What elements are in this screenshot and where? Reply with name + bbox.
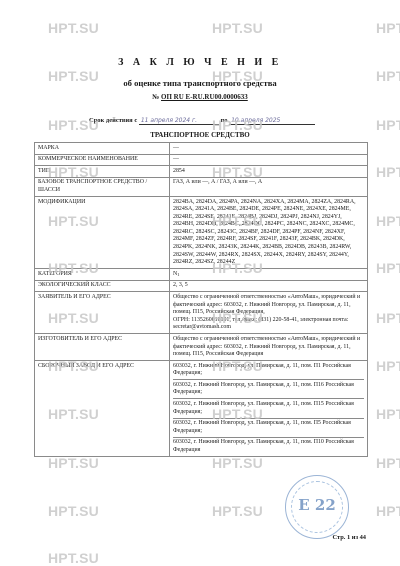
- plant-address: 603032, г. Нижний Новгород, ул. Памирска…: [173, 399, 364, 418]
- validity-label: Срок действия с: [89, 117, 137, 124]
- watermark-text: HPT.SU: [376, 310, 400, 326]
- row-value: 2854: [170, 166, 368, 178]
- watermark-text: HPT.SU: [376, 213, 400, 229]
- row-label: СБОРОЧНЫЙ ЗАВОД И ЕГО АДРЕС: [35, 361, 170, 457]
- plant-address: 603032, г. Нижний Новгород, ул. Памирска…: [173, 380, 364, 399]
- row-value: —: [170, 143, 368, 155]
- row-label: ИЗГОТОВИТЕЛЬ И ЕГО АДРЕС: [35, 334, 170, 361]
- table-row-applicant: ЗАЯВИТЕЛЬ И ЕГО АДРЕС Общество с огранич…: [35, 292, 368, 334]
- table-row-category: КАТЕГОРИЯ N1: [35, 269, 368, 281]
- plant-address: 603032, г. Нижний Новгород, ул. Памирска…: [173, 361, 364, 380]
- row-label: КАТЕГОРИЯ: [35, 269, 170, 281]
- document-title: З А К Л Ю Ч Е Н И Е: [0, 57, 400, 68]
- table-row-manufacturer: ИЗГОТОВИТЕЛЬ И ЕГО АДРЕС Общество с огра…: [35, 334, 368, 361]
- official-stamp: E 22: [285, 475, 349, 539]
- watermark-text: HPT.SU: [48, 550, 99, 566]
- document-subtitle: об оценке типа транспортного средства: [0, 78, 400, 88]
- applicant-contacts: ОГРН: 1135260018101, тел./факс: (831) 22…: [173, 317, 364, 332]
- row-value: 2, 3, 5: [170, 280, 368, 292]
- applicant-address: Общество с ограниченной ответственностью…: [173, 294, 364, 317]
- watermark-text: HPT.SU: [48, 20, 99, 36]
- watermark-text: HPT.SU: [212, 503, 263, 519]
- number-value: ОП RU E-RU.RU00.0000633: [161, 93, 248, 101]
- row-label: БАЗОВОЕ ТРАНСПОРТНОЕ СРЕДСТВО / ШАССИ: [35, 177, 170, 196]
- table-row-eco-class: ЭКОЛОГИЧЕСКИЙ КЛАСС 2, 3, 5: [35, 280, 368, 292]
- row-label: ЭКОЛОГИЧЕСКИЙ КЛАСС: [35, 280, 170, 292]
- watermark-text: HPT.SU: [376, 164, 400, 180]
- category-subscript: 1: [177, 272, 179, 277]
- stamp-text: E 22: [286, 496, 348, 514]
- number-prefix: №: [152, 93, 159, 101]
- watermark-text: HPT.SU: [48, 503, 99, 519]
- watermark-text: HPT.SU: [376, 260, 400, 276]
- row-value: N1: [170, 269, 368, 281]
- document-number: № ОП RU E-RU.RU00.0000633: [0, 93, 400, 101]
- table-row-assembly-plant: СБОРОЧНЫЙ ЗАВОД И ЕГО АДРЕС 603032, г. Н…: [35, 361, 368, 457]
- row-label: ТИП: [35, 166, 170, 178]
- row-value: Общество с ограниченной ответственностью…: [170, 292, 368, 334]
- row-value: ГАЗ, А или —, А / ГАЗ, А или —, А: [170, 177, 368, 196]
- row-label: ЗАЯВИТЕЛЬ И ЕГО АДРЕС: [35, 292, 170, 334]
- watermark-text: HPT.SU: [48, 455, 99, 471]
- section-title: ТРАНСПОРТНОЕ СРЕДСТВО: [0, 131, 400, 139]
- watermark-text: HPT.SU: [212, 20, 263, 36]
- table-row-modifications: МОДИФИКАЦИИ 2824BA, 2824DA, 2824PA, 2824…: [35, 196, 368, 268]
- validity-from-handwritten: 11 апреля 2024 г.: [139, 117, 219, 125]
- watermark-text: HPT.SU: [212, 455, 263, 471]
- page-number: Стр. 1 из 44: [332, 534, 366, 541]
- validity-period: Срок действия с 11 апреля 2024 г. по 10 …: [89, 117, 315, 125]
- row-label: МАРКА: [35, 143, 170, 155]
- watermark-text: HPT.SU: [376, 503, 400, 519]
- plant-address: 603032, г. Нижний Новгород, ул. Памирска…: [173, 438, 364, 456]
- table-row-type: ТИП 2854: [35, 166, 368, 178]
- table-row-brand: МАРКА —: [35, 143, 368, 155]
- table-row-commercial-name: КОММЕРЧЕСКОЕ НАИМЕНОВАНИЕ —: [35, 154, 368, 166]
- table-row-base-vehicle: БАЗОВОЕ ТРАНСПОРТНОЕ СРЕДСТВО / ШАССИ ГА…: [35, 177, 368, 196]
- validity-to-label: по: [220, 117, 227, 124]
- watermark-text: HPT.SU: [376, 20, 400, 36]
- row-value: 2824BA, 2824DA, 2824PA, 2824NA, 2824XA, …: [170, 196, 368, 268]
- row-value: —: [170, 154, 368, 166]
- validity-to-handwritten: 10 апреля 2025: [229, 117, 315, 125]
- row-value: 603032, г. Нижний Новгород, ул. Памирска…: [170, 361, 368, 457]
- vehicle-info-table: МАРКА — КОММЕРЧЕСКОЕ НАИМЕНОВАНИЕ — ТИП …: [34, 142, 368, 457]
- row-label: МОДИФИКАЦИИ: [35, 196, 170, 268]
- watermark-text: HPT.SU: [376, 455, 400, 471]
- watermark-text: HPT.SU: [376, 406, 400, 422]
- row-value: Общество с ограниченной ответственностью…: [170, 334, 368, 361]
- plant-address: 603032, г. Нижний Новгород, ул. Памирска…: [173, 419, 364, 438]
- row-label: КОММЕРЧЕСКОЕ НАИМЕНОВАНИЕ: [35, 154, 170, 166]
- watermark-text: HPT.SU: [376, 358, 400, 374]
